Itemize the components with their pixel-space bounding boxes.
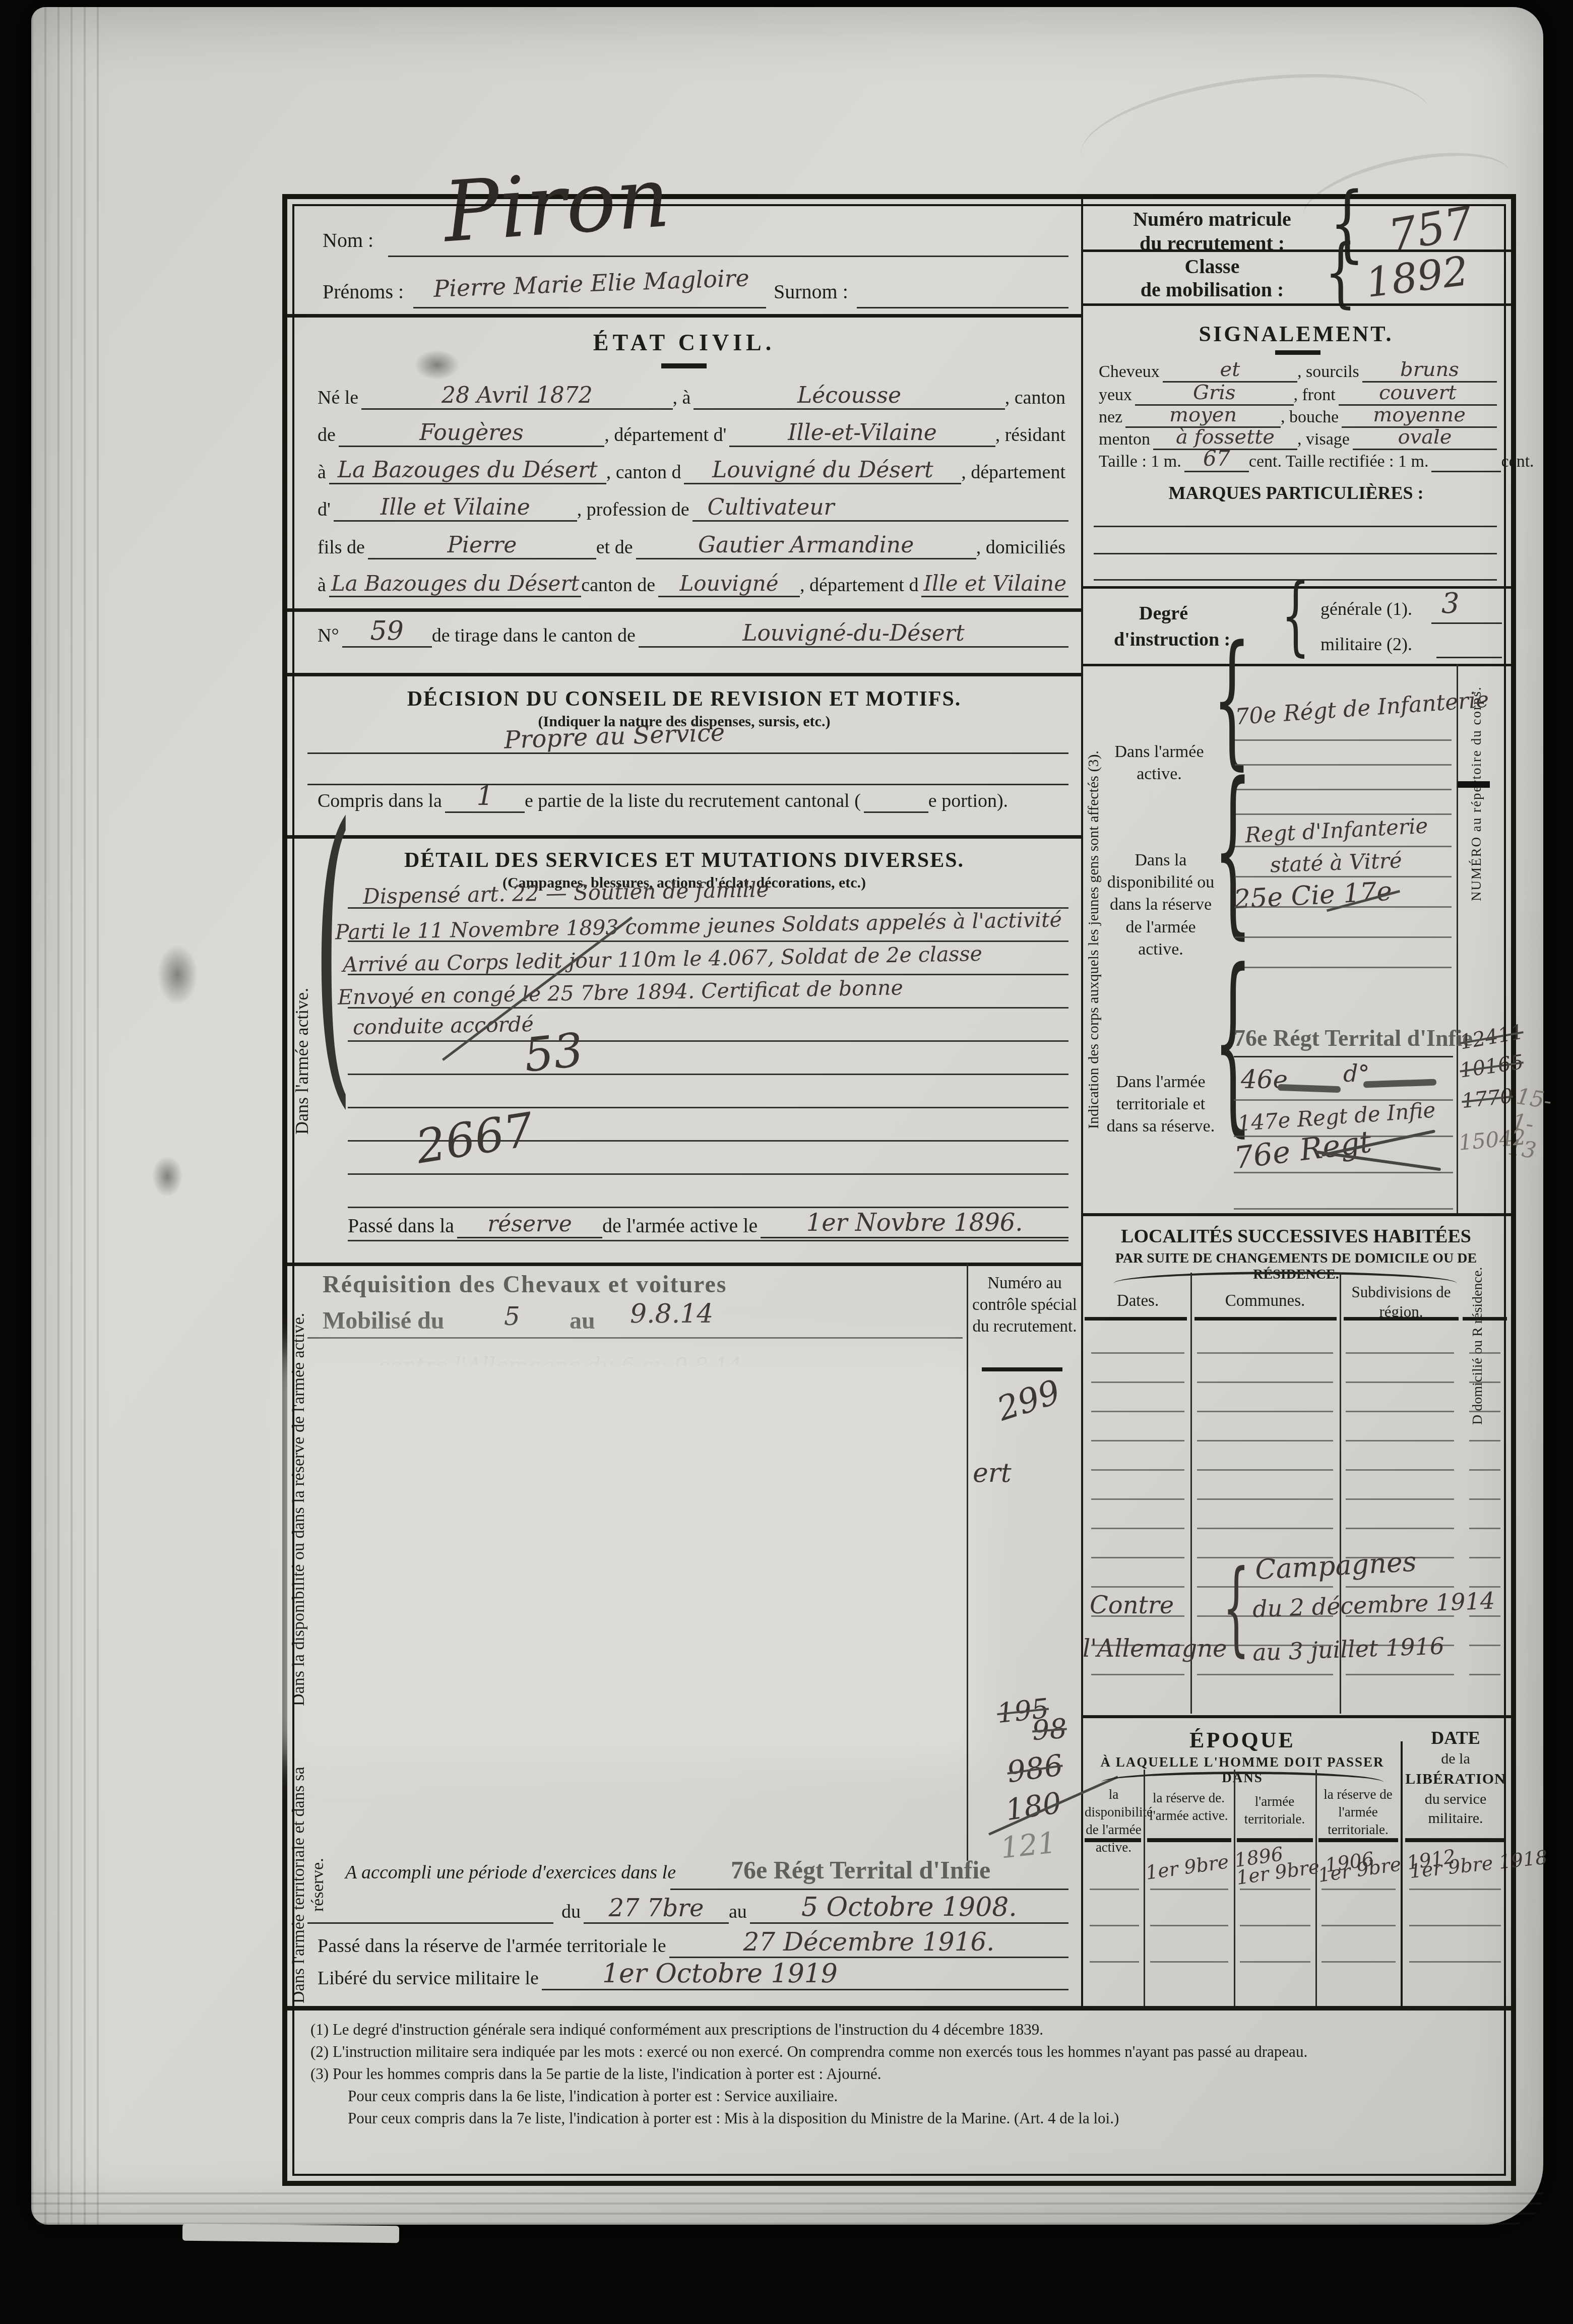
label: canton de — [581, 574, 658, 597]
date-liberation-line1: DATE — [1405, 1727, 1506, 1748]
fraction-numerator: 53 — [522, 1023, 586, 1083]
label: à — [318, 461, 329, 484]
classe-label-line2: de mobilisation : — [1101, 278, 1323, 301]
passe-reserve-row: Passé dans la réserve de l'armée active … — [348, 1207, 1068, 1238]
label: cent. Taille rectifiée : 1 m. — [1249, 452, 1432, 472]
label: , front — [1294, 386, 1339, 406]
residence-canton-value: Louvigné du Désert — [684, 457, 961, 484]
header-rule — [1405, 1838, 1506, 1842]
liberation-date: 1er Octobre 1919 — [542, 1959, 1068, 1990]
passe-territoriale-date: 27 Décembre 1916. — [669, 1927, 1068, 1958]
label: à — [318, 574, 329, 597]
instruction-generale-value: 3 — [1441, 587, 1460, 620]
signalement-title: SIGNALEMENT. — [1081, 321, 1511, 347]
campagne-brace: { — [1223, 1556, 1249, 1658]
epoque-col2-header: la réserve de. l'armée active. — [1147, 1789, 1230, 1825]
periode-dates-row: du 27 7bre au 5 Octobre 1908. — [307, 1893, 1068, 1924]
cheveux-value: et — [1163, 358, 1297, 383]
campagne-contre: Contre — [1090, 1591, 1174, 1619]
classe-label-line1: Classe — [1101, 255, 1323, 278]
date-liberation-line2: de la — [1405, 1750, 1506, 1768]
footnote-5: Pour ceux compris dans la 7e liste, l'in… — [348, 2109, 1497, 2127]
section-rule — [287, 673, 1081, 676]
table-row-lines — [1322, 1889, 1396, 1984]
table-line — [1234, 1770, 1235, 2006]
date-liberation-line4: du service — [1405, 1791, 1506, 1808]
value-line — [1431, 622, 1502, 624]
header-rule — [1194, 1317, 1337, 1321]
sidebar-armee-active: Dans l'armée active. — [291, 905, 314, 1217]
prenoms-value-handwriting: Pierre Marie Elie Magloire — [433, 264, 749, 302]
title-dash — [661, 363, 707, 368]
dotted-lines — [1234, 1099, 1453, 1215]
signalement-row-3: nez moyen , bouche moyenne — [1099, 404, 1497, 428]
repertoire-number: 1770 — [1461, 1085, 1514, 1113]
header-rule — [1463, 1317, 1507, 1321]
periode-to-value: 5 Octobre 1908. — [750, 1892, 1068, 1924]
etat-civil-row-2: de Fougères , département d' Ille-et-Vil… — [318, 417, 1068, 447]
passe-territoriale-row: Passé dans la réserve de l'armée territo… — [318, 1927, 1068, 1958]
header-rule — [1147, 1838, 1231, 1842]
mobilise-from-value: 5 — [504, 1302, 520, 1331]
sourcils-value: bruns — [1362, 358, 1497, 383]
dotted-lines — [1235, 846, 1452, 992]
visage-value: ovale — [1353, 425, 1497, 450]
nom-value-handwriting: Piron — [441, 149, 673, 261]
father-value: Pierre — [368, 532, 596, 559]
section-rule — [287, 835, 1081, 839]
header-rule — [1237, 1838, 1313, 1842]
corps-active-label: Dans l'armée active. — [1109, 741, 1210, 785]
domicile-departement-value: Ille et Vilaine — [921, 571, 1068, 597]
corps-dispo-label: Dans la disponibilité ou dans la réserve… — [1105, 849, 1217, 961]
localites-title: LOCALITÉS SUCCESSIVES HABITÉES — [1081, 1225, 1511, 1247]
section-rule — [1081, 664, 1511, 666]
table-line — [1315, 1770, 1317, 2006]
nez-value: moyen — [1125, 403, 1281, 428]
footnote-1: (1) Le degré d'instruction générale sera… — [310, 2021, 1495, 2039]
decision-title: DÉCISION DU CONSEIL DE REVISION ET MOTIF… — [287, 687, 1081, 711]
date-liberation-line3: LIBÉRATION — [1405, 1771, 1506, 1788]
services-left-paren: ( — [313, 789, 353, 1111]
compris-row: Compris dans la 1 e partie de la liste d… — [318, 783, 1068, 813]
faded-erased-area — [305, 1366, 963, 1744]
crossed-number: 98 — [1031, 1713, 1068, 1747]
crossed-number: 986 — [1005, 1748, 1065, 1790]
numero-label: N° — [318, 624, 342, 648]
taille-rectifiee-blank — [1431, 471, 1501, 472]
label: , canton — [1005, 387, 1068, 410]
value-line — [1436, 657, 1502, 658]
corps-terr-stamp: 76e Régt Territal d'Infie — [1234, 1025, 1473, 1051]
title-dash — [1275, 350, 1320, 355]
localites-col-subdivisions: Subdivisions de région. — [1343, 1283, 1459, 1322]
instruction-militaire-label: militaire (2). — [1320, 634, 1412, 655]
reserve-value: réserve — [457, 1211, 602, 1238]
label: , profession de — [577, 498, 693, 522]
signalement-row-4: menton à fossette , visage ovale — [1099, 426, 1497, 450]
corps-active-value: 70e Régt de Infanterie — [1234, 686, 1490, 730]
label: yeux — [1099, 386, 1135, 406]
au-label: au — [729, 1901, 750, 1924]
departement-value: Ille-et-Vilaine — [729, 420, 995, 447]
underlying-page-sliver — [182, 2224, 399, 2243]
controle-column-header: Numéro au contrôle spécial du recrutemen… — [972, 1273, 1078, 1338]
label: , département d — [800, 574, 921, 597]
label: fils de — [318, 536, 368, 559]
signalement-row-1: Cheveux et , sourcils bruns — [1099, 356, 1497, 383]
label: Passé dans la réserve de l'armée territo… — [318, 1935, 669, 1958]
partial-word-ert: ert — [973, 1458, 1012, 1488]
signalement-row-taille: Taille : 1 m. 67 cent. Taille rectifiée … — [1099, 448, 1497, 472]
corps-side-label: Indication des corps auxquels les jeunes… — [1085, 670, 1107, 1210]
etat-civil-row-1: Né le 28 Avril 1872 , à Lécousse , canto… — [318, 380, 1068, 410]
residence-departement-value: Ille et Vilaine — [334, 494, 577, 522]
periode-label: A accompli une période d'exercices dans … — [345, 1861, 676, 1883]
header-rule — [1085, 1317, 1187, 1321]
epoque-title: ÉPOQUE — [1081, 1727, 1404, 1753]
controle-header-rule — [982, 1367, 1062, 1371]
bouche-value: moyenne — [1342, 403, 1497, 428]
territorial-regiment-stamp: 76e Régt Territal d'Infie — [731, 1855, 990, 1885]
prenoms-label: Prénoms : — [323, 280, 404, 303]
classe-rule — [1081, 303, 1511, 306]
writing-line — [307, 752, 1068, 754]
bottom-heavy-rule — [287, 2006, 1511, 2011]
footnote-3: (3) Pour les hommes compris dans la 5e p… — [310, 2065, 1495, 2083]
label: e portion). — [928, 790, 1011, 813]
label: cent. — [1501, 452, 1537, 472]
label: et de — [596, 536, 636, 559]
label: de — [318, 424, 339, 447]
ink-smudge — [152, 1156, 182, 1197]
label: d' — [318, 498, 334, 522]
dotted-lines — [1235, 739, 1452, 825]
taille-value: 67 — [1184, 446, 1249, 472]
controle-column-line — [967, 1264, 968, 1861]
label: e partie de la liste du recrutement cant… — [525, 790, 864, 813]
etat-civil-title: ÉTAT CIVIL. — [287, 329, 1081, 356]
marques-label: MARQUES PARTICULIÈRES : — [1081, 482, 1511, 504]
profession-value: Cultivateur — [693, 494, 1068, 522]
label: menton — [1099, 430, 1153, 450]
footnote-2: (2) L'instruction militaire sera indiqué… — [310, 2043, 1495, 2061]
table-row-lines — [1150, 1889, 1228, 1984]
table-row-lines — [1090, 1889, 1139, 1984]
libere-row: Libéré du service militaire le 1er Octob… — [318, 1959, 1068, 1990]
section-rule — [287, 608, 1081, 612]
services-title: DÉTAIL DES SERVICES ET MUTATIONS DIVERSE… — [287, 848, 1081, 872]
tirage-number-value: 59 — [342, 616, 432, 648]
front-value: couvert — [1339, 381, 1497, 406]
corps-terr-label: Dans l'armée territoriale et dans sa rés… — [1105, 1071, 1217, 1138]
table-row-lines — [1469, 1352, 1500, 1685]
localites-col-dates: Dates. — [1089, 1292, 1187, 1310]
label: , résidant — [995, 424, 1068, 447]
birth-date-value: 28 Avril 1872 — [361, 383, 672, 410]
etat-civil-row-3: à La Bazouges du Désert , canton d Louvi… — [318, 454, 1068, 484]
instruction-generale-label: générale (1). — [1320, 598, 1412, 619]
blank-segment — [307, 1922, 553, 1924]
degre-label-1: Degré — [1139, 602, 1188, 624]
etat-civil-row-6: à La Bazouges du Désert canton de Louvig… — [318, 567, 1068, 597]
epoque-col4-header: la réserve de l'armée territoriale. — [1318, 1786, 1398, 1839]
repertoire-number: 10165 — [1458, 1050, 1525, 1082]
sidebar-disponibilite: Dans la disponibilité ou dans la réserve… — [289, 1308, 336, 1711]
repertoire-tick — [1458, 781, 1490, 788]
classe-brace: { — [1325, 235, 1357, 310]
header-rule — [1344, 1317, 1459, 1321]
mobilise-to-value: 9.8.14 — [630, 1299, 713, 1329]
classe-value-handwriting: 1892 — [1363, 247, 1471, 306]
label: , département d' — [604, 424, 729, 447]
domicile-canton-value: Louvigné — [658, 571, 800, 597]
table-row-lines — [1409, 1889, 1501, 1984]
portion-blank — [864, 811, 928, 813]
register-sheet: 15-1-13 Nom : Piron Prénoms : Pierre Mar… — [31, 7, 1543, 2225]
ink-smudge — [157, 945, 198, 1005]
canton-value: Fougères — [339, 420, 604, 447]
label: Taille : 1 m. — [1099, 452, 1184, 472]
nom-label: Nom : — [323, 228, 373, 252]
passage-date-value: 1er Novbre 1896. — [761, 1209, 1068, 1238]
label: , visage — [1297, 430, 1353, 450]
tirage-row: N° 59 de tirage dans le canton de Louvig… — [318, 617, 1068, 648]
matricule-label-line1: Numéro matricule — [1101, 207, 1323, 231]
scanned-military-register-page: { "header": { "nom_label": "Nom :", "nom… — [0, 0, 1573, 2324]
blank-line — [1094, 553, 1497, 554]
tirage-canton-value: Louvigné-du-Désert — [639, 620, 1068, 648]
section-rule — [1081, 1715, 1511, 1718]
label: , domiciliés — [976, 536, 1068, 559]
degre-brace: { — [1281, 573, 1310, 659]
stamp-underline — [1234, 1056, 1453, 1057]
label: , bouche — [1281, 408, 1342, 428]
periode-from-value: 27 7bre — [584, 1894, 729, 1924]
label: Cheveux — [1099, 362, 1163, 383]
faded-number: 121 — [999, 1825, 1058, 1865]
surnom-label: Surnom : — [774, 280, 848, 303]
signalement-row-2: yeux Gris , front couvert — [1099, 381, 1497, 406]
table-line — [1144, 1770, 1145, 2006]
campagne-allemagne: l'Allemagne — [1083, 1635, 1227, 1663]
label: , à — [673, 387, 694, 410]
section-rule — [287, 1263, 1081, 1266]
label: Né le — [318, 387, 361, 410]
writing-line — [307, 1337, 963, 1339]
epoque-col3-header: l'armée territoriale. — [1237, 1793, 1312, 1828]
mobilise-stamp-label: Mobilisé du — [323, 1307, 444, 1335]
epoque-col1-header: la disponibilité de l'armée active. — [1085, 1786, 1143, 1856]
residence-value: La Bazouges du Désert — [329, 457, 606, 484]
label: de l'armée active le — [602, 1214, 761, 1238]
footnote-4: Pour ceux compris dans la 6e liste, l'in… — [348, 2087, 1497, 2105]
date-liberation-line5: militaire. — [1405, 1810, 1506, 1827]
liste-partie-value: 1 — [445, 781, 525, 813]
blank-line — [1094, 526, 1497, 527]
section-rule — [287, 314, 1081, 318]
label: , sourcils — [1297, 362, 1362, 383]
form-frame: Nom : Piron Prénoms : Pierre Marie Elie … — [282, 194, 1516, 2186]
requisition-stamp: Réquisition des Chevaux et voitures — [323, 1271, 727, 1298]
smudge-strike — [1363, 1079, 1436, 1088]
page-stack-edge-bottom — [31, 2192, 1543, 2225]
etat-civil-row-4: d' Ille et Vilaine , profession de Culti… — [318, 491, 1068, 522]
du-label: du — [553, 1901, 584, 1924]
label: Passé dans la — [348, 1214, 457, 1238]
sidebar-territoriale: Dans l'armée territoriale et dans sa rés… — [289, 1767, 336, 2003]
label: nez — [1099, 408, 1125, 428]
mobilise-au-label: au — [570, 1307, 595, 1335]
label: , canton d — [606, 461, 684, 484]
section-rule — [1081, 1213, 1511, 1216]
header-rule — [1085, 1838, 1141, 1842]
localites-col-communes: Communes. — [1194, 1292, 1336, 1310]
table-row-lines — [1240, 1889, 1310, 1984]
controle-number-value: 299 — [992, 1372, 1065, 1428]
header-rule — [1318, 1838, 1398, 1842]
etat-civil-row-5: fils de Pierre et de Gautier Armandine ,… — [318, 529, 1068, 559]
yeux-value: Gris — [1135, 381, 1293, 406]
domicile-value: La Bazouges du Désert — [329, 571, 581, 597]
prenoms-line — [413, 307, 766, 308]
mother-value: Gautier Armandine — [636, 532, 976, 559]
surnom-line — [857, 307, 1068, 308]
services-entry-5: conduite accordé — [353, 1012, 534, 1039]
writing-line — [670, 1889, 1068, 1890]
page-stack-edge-left — [31, 7, 107, 2225]
tirage-label: de tirage dans le canton de — [432, 624, 639, 648]
label: , département — [961, 461, 1068, 484]
label: Libéré du service militaire le — [318, 1967, 542, 1990]
birth-place-value: Lécousse — [694, 383, 1004, 410]
